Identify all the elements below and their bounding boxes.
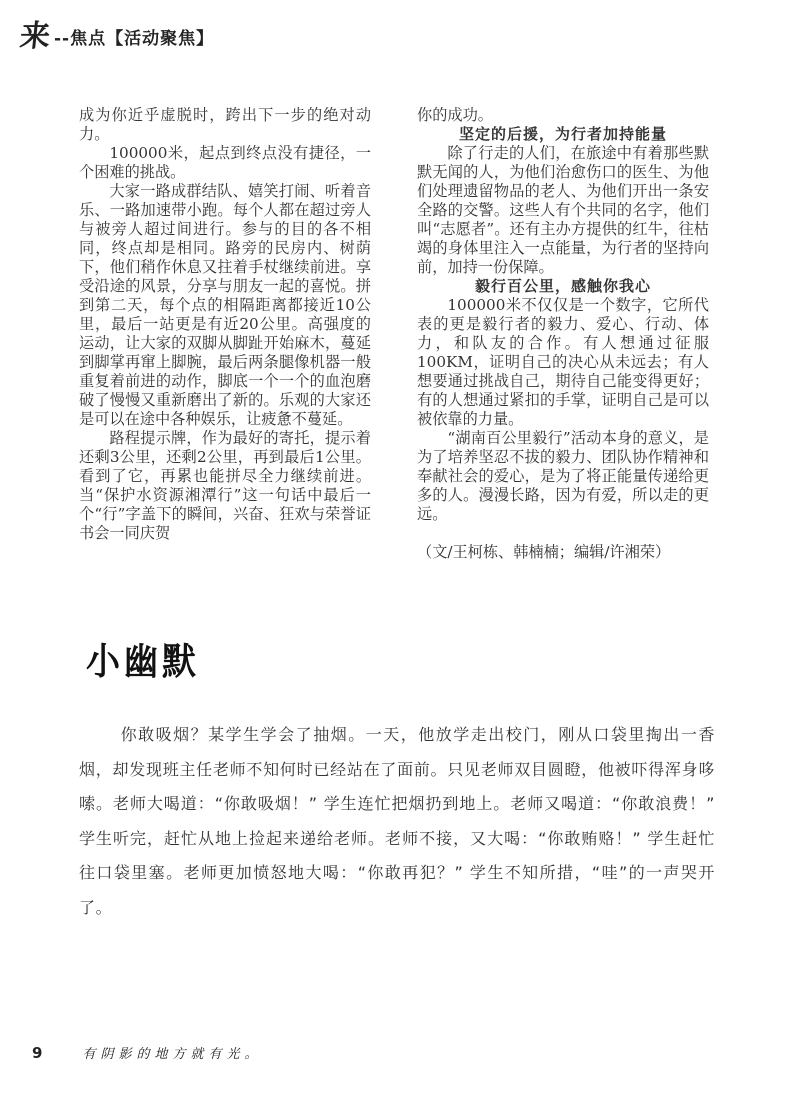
humor-title: 小幽默	[86, 632, 200, 685]
humor-body: 你敢吸烟？某学生学会了抽烟。一天，他放学走出校门，刚从口袋里掏出一香烟，却发现班…	[79, 718, 715, 925]
paragraph: 除了行走的人们，在旅途中有着那些默默无闻的人，为他们治愈伤口的医生、为他们处理遗…	[417, 144, 709, 277]
paragraph: “湖南百公里毅行”活动本身的意义，是为了培养坚忍不拔的毅力、团队协作精神和奉献社…	[417, 429, 709, 524]
subheading: 毅行百公里，感触你我心	[417, 277, 709, 296]
footer-motto: 有阴影的地方就有光。	[82, 1043, 262, 1062]
page-number: 9	[32, 1044, 42, 1062]
paragraph: 成为你近乎虚脱时，跨出下一步的绝对动力。	[79, 106, 371, 144]
paragraph: 100000米，起点到终点没有捷径，一个困难的挑战。	[79, 144, 371, 182]
section-title: --焦点【活动聚焦】	[54, 24, 214, 49]
article-credit: （文/王柯栋、韩楠楠；编辑/许湘荣）	[417, 543, 709, 562]
page-footer: 9 有阴影的地方就有光。	[32, 1043, 262, 1062]
paragraph: 大家一路成群结队、嬉笑打闹、听着音乐、一路加速带小跑。每个人都在超过旁人与被旁人…	[79, 182, 371, 429]
subheading: 坚定的后援，为行者加持能量	[417, 125, 709, 144]
paragraph: 100000米不仅仅是一个数字，它所代表的更是毅行者的毅力、爱心、行动、体力，和…	[417, 296, 709, 429]
page-header: 来 --焦点【活动聚焦】	[20, 22, 214, 52]
paragraph: 你的成功。	[417, 106, 709, 125]
article-left-column: 成为你近乎虚脱时，跨出下一步的绝对动力。 100000米，起点到终点没有捷径，一…	[79, 106, 371, 543]
header-glyph: 来	[18, 22, 51, 52]
paragraph: 路程提示牌，作为最好的寄托，提示着还剩3公里，还剩2公里，再到最后1公里。看到了…	[79, 429, 371, 543]
article-right-column: 你的成功。 坚定的后援，为行者加持能量 除了行走的人们，在旅途中有着那些默默无闻…	[417, 106, 709, 562]
